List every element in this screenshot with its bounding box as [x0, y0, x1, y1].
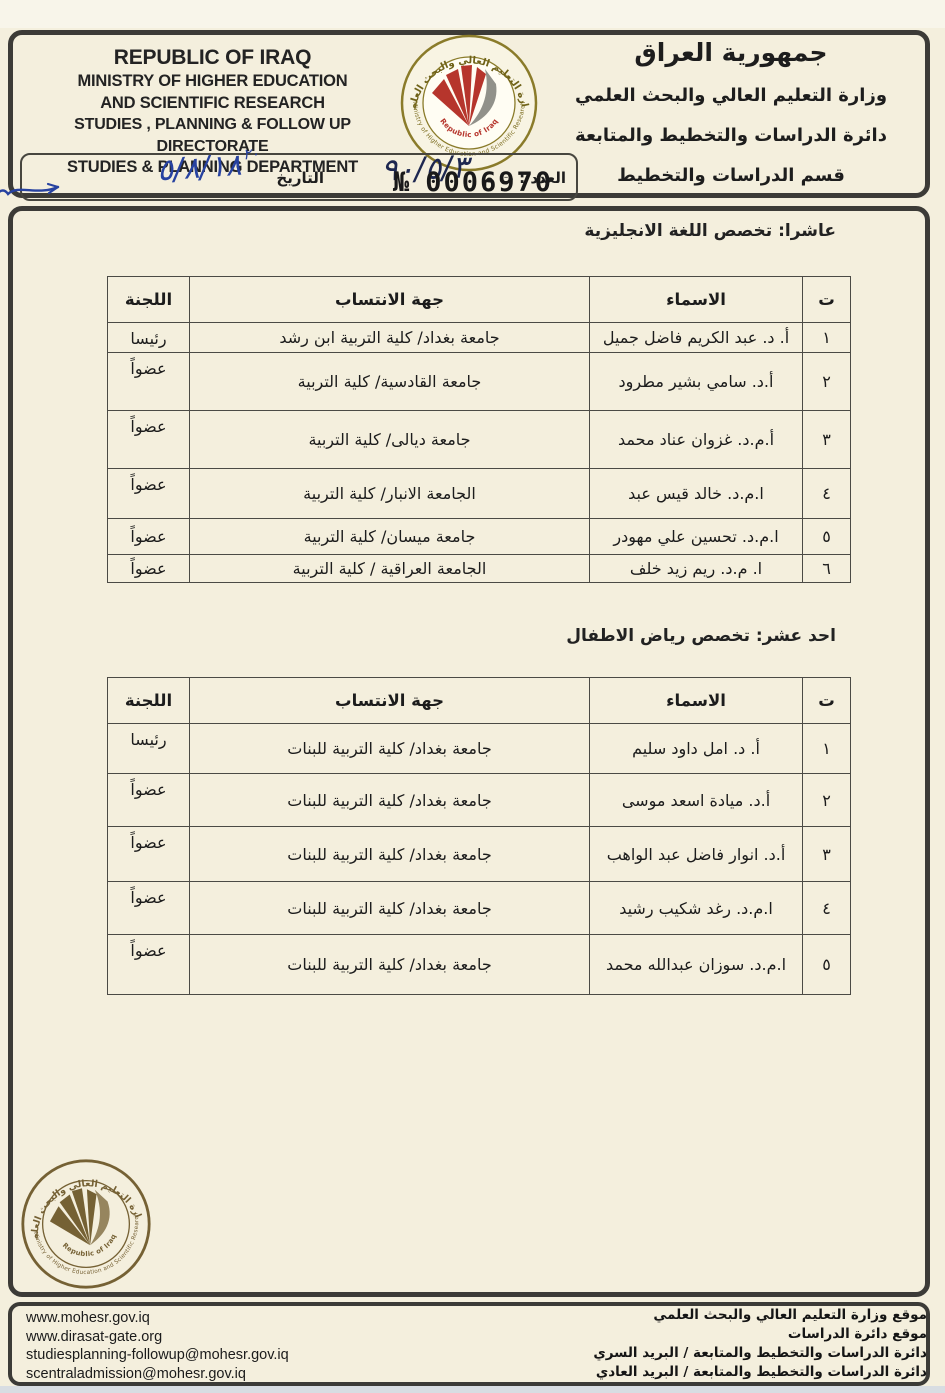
table-header-cell: اللجنة	[108, 277, 190, 323]
footer-link: studiesplanning-followup@mohesr.gov.iq	[26, 1346, 289, 1365]
table-cell: ٢	[803, 353, 851, 411]
table-row: ٦ا. م.د. ريم زيد خلفالجامعة العراقية / ك…	[108, 555, 851, 583]
table-cell: جامعة بغداد/ كلية التربية ابن رشد	[190, 323, 590, 353]
table-cell: أ.د. ميادة اسعد موسى	[590, 774, 803, 827]
table-cell: عضواً	[108, 935, 190, 995]
table-cell: عضواً	[108, 519, 190, 555]
table-row: ١أ. د. امل داود سليمجامعة بغداد/ كلية ال…	[108, 724, 851, 774]
table-cell: أ.د. سامي بشير مطرود	[590, 353, 803, 411]
table-head: تالاسماءجهة الانتساباللجنة	[108, 277, 851, 323]
table-header-cell: اللجنة	[108, 678, 190, 724]
table-header-cell: الاسماء	[590, 277, 803, 323]
table-cell: عضواً	[108, 827, 190, 882]
arabic-address-line: جمهورية العراق	[531, 36, 931, 70]
table-cell: الجامعة العراقية / كلية التربية	[190, 555, 590, 583]
arabic-address-line: دائرة الدراسات والتخطيط والمتابعة	[531, 116, 931, 156]
table-cell: الجامعة الانبار/ كلية التربية	[190, 469, 590, 519]
pen-stroke-icon	[0, 170, 94, 210]
table-row: ٣أ.م.د. غزوان عناد محمدجامعة ديالى/ كلية…	[108, 411, 851, 469]
table-row: ١أ. د. عبد الكريم فاضل جميلجامعة بغداد/ …	[108, 323, 851, 353]
table-cell: ا.م.د. رغد شكيب رشيد	[590, 882, 803, 935]
table-cell: أ.د. انوار فاضل عبد الواهب	[590, 827, 803, 882]
table-cell: أ. د. عبد الكريم فاضل جميل	[590, 323, 803, 353]
committee-table-kindergarten: تالاسماءجهة الانتساباللجنة ١أ. د. امل دا…	[107, 677, 851, 995]
footer-link: www.mohesr.gov.iq	[26, 1309, 289, 1328]
ministry-stamp-icon: وزارة التعليم العالي والبحث العلمي Minis…	[9, 1147, 164, 1302]
footer-english-links: www.mohesr.gov.iq www.dirasat-gate.org s…	[26, 1309, 289, 1383]
table-row: ٢أ.د. ميادة اسعد موسىجامعة بغداد/ كلية ا…	[108, 774, 851, 827]
arabic-address-line: قسم الدراسات والتخطيط	[531, 156, 931, 196]
table-cell: جامعة ديالى/ كلية التربية	[190, 411, 590, 469]
table-row: ٥ا.م.د. تحسين علي مهودرجامعة ميسان/ كلية…	[108, 519, 851, 555]
table-cell: ٣	[803, 827, 851, 882]
english-address-line: AND SCIENTIFIC RESEARCH	[35, 93, 390, 115]
table-cell: جامعة ميسان/ كلية التربية	[190, 519, 590, 555]
scanned-document-page: REPUBLIC OF IRAQ MINISTRY OF HIGHER EDUC…	[0, 0, 945, 1393]
table-cell: ٦	[803, 555, 851, 583]
arabic-address-line: وزارة التعليم العالي والبحث العلمي	[531, 76, 931, 116]
table-row: ٤ا.م.د. رغد شكيب رشيدجامعة بغداد/ كلية ا…	[108, 882, 851, 935]
footer-label: دائرة الدراسات والتخطيط والمتابعة / البر…	[593, 1363, 927, 1382]
table-header-cell: جهة الانتساب	[190, 678, 590, 724]
table-header-row: تالاسماءجهة الانتساباللجنة	[108, 277, 851, 323]
committee-table-english-language: تالاسماءجهة الانتساباللجنة ١أ. د. عبد ال…	[107, 276, 851, 583]
table-row: ٢أ.د. سامي بشير مطرودجامعة القادسية/ كلي…	[108, 353, 851, 411]
table-cell: ٥	[803, 935, 851, 995]
english-address-line: REPUBLIC OF IRAQ	[35, 46, 390, 69]
ref-date-label: التاريخ	[276, 169, 324, 187]
table-header-cell: ت	[803, 678, 851, 724]
serial-prefix: №	[393, 167, 411, 198]
table-cell: جامعة بغداد/ كلية التربية للبنات	[190, 935, 590, 995]
table-head: تالاسماءجهة الانتساباللجنة	[108, 678, 851, 724]
table-cell: ١	[803, 724, 851, 774]
table-cell: عضواً	[108, 469, 190, 519]
table-cell: ١	[803, 323, 851, 353]
table-body: ١أ. د. امل داود سليمجامعة بغداد/ كلية ال…	[108, 724, 851, 995]
english-address-line: MINISTRY OF HIGHER EDUCATION	[35, 71, 390, 93]
table-cell: جامعة القادسية/ كلية التربية	[190, 353, 590, 411]
table-cell: أ. د. امل داود سليم	[590, 724, 803, 774]
footer-label: موقع دائرة الدراسات	[593, 1325, 927, 1344]
table-cell: عضواً	[108, 555, 190, 583]
table-cell: عضواً	[108, 411, 190, 469]
table-cell: ٥	[803, 519, 851, 555]
footer-label: موقع وزارة التعليم العالي والبحث العلمي	[593, 1306, 927, 1325]
table-cell: رئيسا	[108, 724, 190, 774]
table-cell: عضواً	[108, 882, 190, 935]
table-row: ٥ا.م.د. سوزان عبدالله محمدجامعة بغداد/ ك…	[108, 935, 851, 995]
table-cell: ا. م.د. ريم زيد خلف	[590, 555, 803, 583]
table-cell: ٢	[803, 774, 851, 827]
arabic-address-block: جمهورية العراق وزارة التعليم العالي والب…	[531, 36, 931, 196]
section-title-kindergarten: احد عشر: تخصص رياض الاطفال	[566, 626, 836, 646]
table-cell: ا.م.د. سوزان عبدالله محمد	[590, 935, 803, 995]
table-cell: ٣	[803, 411, 851, 469]
table-cell: ٤	[803, 882, 851, 935]
table-cell: جامعة بغداد/ كلية التربية للبنات	[190, 724, 590, 774]
scan-edge-bottom	[0, 1386, 945, 1393]
footer-link: scentraladmission@mohesr.gov.iq	[26, 1365, 289, 1384]
table-cell: ا.م.د. تحسين علي مهودر	[590, 519, 803, 555]
table-body: ١أ. د. عبد الكريم فاضل جميلجامعة بغداد/ …	[108, 323, 851, 583]
table-cell: جامعة بغداد/ كلية التربية للبنات	[190, 774, 590, 827]
ref-date-value-handwritten: ٥/٨/١٨ ٢٠	[156, 146, 261, 188]
ref-date-century: ٢٠	[242, 144, 259, 163]
table-cell: أ.م.د. غزوان عناد محمد	[590, 411, 803, 469]
table-header-cell: جهة الانتساب	[190, 277, 590, 323]
table-cell: جامعة بغداد/ كلية التربية للبنات	[190, 882, 590, 935]
table-row: ٣أ.د. انوار فاضل عبد الواهبجامعة بغداد/ …	[108, 827, 851, 882]
table-header-cell: ت	[803, 277, 851, 323]
table-cell: رئيسا	[108, 323, 190, 353]
serial-digits: 0006970	[425, 167, 553, 198]
footer-arabic-labels: موقع وزارة التعليم العالي والبحث العلمي …	[593, 1306, 927, 1382]
serial-number: № 0006970	[393, 167, 553, 198]
table-cell: جامعة بغداد/ كلية التربية للبنات	[190, 827, 590, 882]
table-cell: عضواً	[108, 353, 190, 411]
scan-edge-top	[0, 0, 945, 28]
table-cell: ا.م.د. خالد قيس عبد	[590, 469, 803, 519]
footer-link: www.dirasat-gate.org	[26, 1328, 289, 1347]
table-header-cell: الاسماء	[590, 678, 803, 724]
table-cell: عضواً	[108, 774, 190, 827]
table-header-row: تالاسماءجهة الانتساباللجنة	[108, 678, 851, 724]
section-title-english-language: عاشرا: تخصص اللغة الانجليزية	[584, 221, 836, 241]
table-cell: ٤	[803, 469, 851, 519]
table-row: ٤ا.م.د. خالد قيس عبدالجامعة الانبار/ كلي…	[108, 469, 851, 519]
ref-date-day-month-year: ٥/٨/١٨	[156, 148, 243, 189]
footer-label: دائرة الدراسات والتخطيط والمتابعة / البر…	[593, 1344, 927, 1363]
